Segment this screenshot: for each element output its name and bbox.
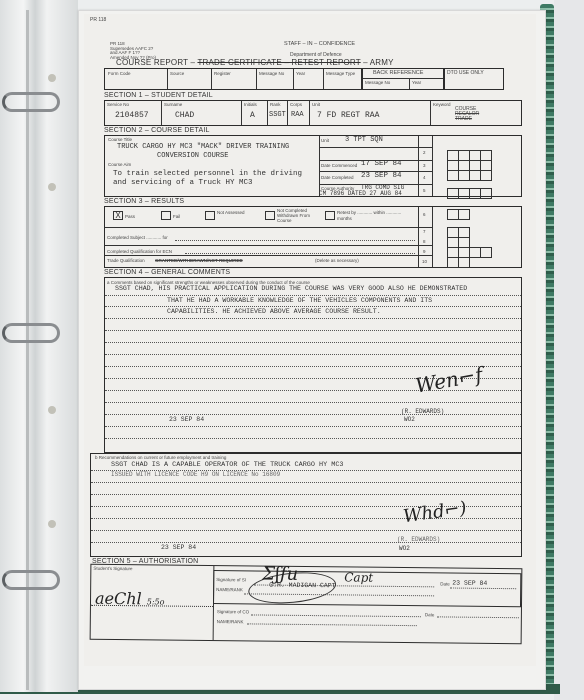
dto-use-only: DTO USE ONLY: [444, 68, 504, 90]
classification: STAFF – IN – CONFIDENCE: [284, 41, 355, 47]
section2-heading: SECTION 2 – COURSE DETAIL: [104, 127, 210, 134]
course-aim-line1: To train selected personnel in the drivi…: [113, 170, 302, 178]
unit: 7 FD REGT RAA: [317, 111, 379, 120]
pass-checkbox[interactable]: X: [113, 211, 123, 220]
back-reference: BACK REFERENCE Message No Year: [362, 68, 444, 90]
course-aim-line2: and servicing of a Truck HY MC3: [113, 179, 253, 187]
punch-hole: [48, 406, 56, 414]
binder-ring: [2, 92, 60, 112]
date-completed: 23 SEP 84: [361, 172, 402, 180]
signature-edwards: Wen⌐f: [413, 362, 484, 397]
punch-hole: [48, 74, 56, 82]
form-title: COURSE REPORT – TRADE CERTIFICATE – RETE…: [116, 58, 394, 67]
course-unit: 3 TPT SQN: [345, 136, 383, 144]
comment-a-date: 23 SEP 84: [169, 416, 204, 423]
comments-b: b Recommendations on current or future e…: [90, 453, 522, 557]
recommendation-signatory: (R. EDWARDS): [397, 536, 440, 543]
recommendation-line2: ISSUED WITH LICENCE CODE H9 ON LICENCE N…: [111, 471, 280, 478]
comment-a-rank: WO2: [404, 416, 415, 423]
course-report-document: PR 118 PR 118 Supersedes AAFC 2? and AAF…: [84, 14, 536, 666]
service-number: 2104857: [115, 111, 149, 120]
comments-a: a Comments based on significant strength…: [104, 277, 522, 453]
binder-spine: [0, 0, 78, 692]
course-title-line2: CONVERSION COURSE: [157, 152, 228, 160]
form-number: PR 118: [90, 17, 106, 23]
authorisation: Student's Signature aeChl 5:5o Signature…: [90, 564, 523, 645]
keyword: COURSE RECALOR TRADE: [455, 107, 479, 122]
punch-hole: [48, 520, 56, 528]
section3-heading: SECTION 3 – RESULTS: [104, 198, 184, 205]
corps: RAA: [291, 111, 304, 119]
binder-ring: [2, 323, 60, 343]
header-fields: Form Code Source Register Message No Yea…: [104, 68, 362, 90]
capt-handwritten: Capt: [344, 570, 373, 584]
date-commenced: 17 SEP 84: [361, 160, 402, 168]
fail-checkbox[interactable]: [161, 211, 171, 220]
signature-edwards-2: Whd⌐): [402, 498, 468, 528]
course-authority-ref: CM 7896 DATED 27 AUG 84: [319, 190, 402, 197]
recommendation-date: 23 SEP 84: [161, 544, 196, 551]
section1-heading: SECTION 1 – STUDENT DETAIL: [104, 92, 213, 99]
course-title-line1: TRUCK CARGO HY MC3 "MACK" DRIVER TRAININ…: [117, 143, 289, 151]
table-surface: [554, 0, 584, 700]
comment-a-signatory: (R. EDWARDS): [401, 408, 444, 415]
initials: A: [250, 111, 255, 120]
student-signature: aeChl 5:5o: [95, 589, 165, 609]
not-assessed-checkbox[interactable]: [205, 211, 215, 220]
comment-line3: CAPABILITIES. HE ACHIEVED ABOVE AVERAGE …: [167, 308, 381, 315]
not-completed-checkbox[interactable]: [265, 211, 275, 220]
punch-hole: [48, 183, 56, 191]
section4-heading: SECTION 4 – GENERAL COMMENTS: [104, 269, 230, 276]
comment-line2: THAT HE HAD A WORKABLE KNOWLEDGE OF THE …: [167, 297, 432, 304]
binder-ring: [2, 570, 60, 590]
recommendation-line1: SSGT CHAD IS A CAPABLE OPERATOR OF THE T…: [111, 461, 344, 469]
student-detail: Service No Surname Initials Rank Corps U…: [104, 100, 522, 126]
retest-checkbox[interactable]: [325, 211, 335, 220]
course-detail: Course Title TRUCK CARGO HY MC3 "MACK" D…: [104, 135, 522, 197]
surname: CHAD: [175, 111, 194, 120]
si-signature: Ʃʃƒu: [262, 564, 298, 585]
rank: SSGT: [269, 111, 286, 119]
comment-line1: SSGT CHAD, HIS PRACTICAL APPLICATION DUR…: [115, 285, 467, 292]
recommendation-rank: WO2: [399, 545, 410, 552]
authorisation-date: 23 SEP 84: [452, 580, 487, 587]
results: X Pass Fail Not Assessed Not Completed W…: [104, 206, 522, 268]
